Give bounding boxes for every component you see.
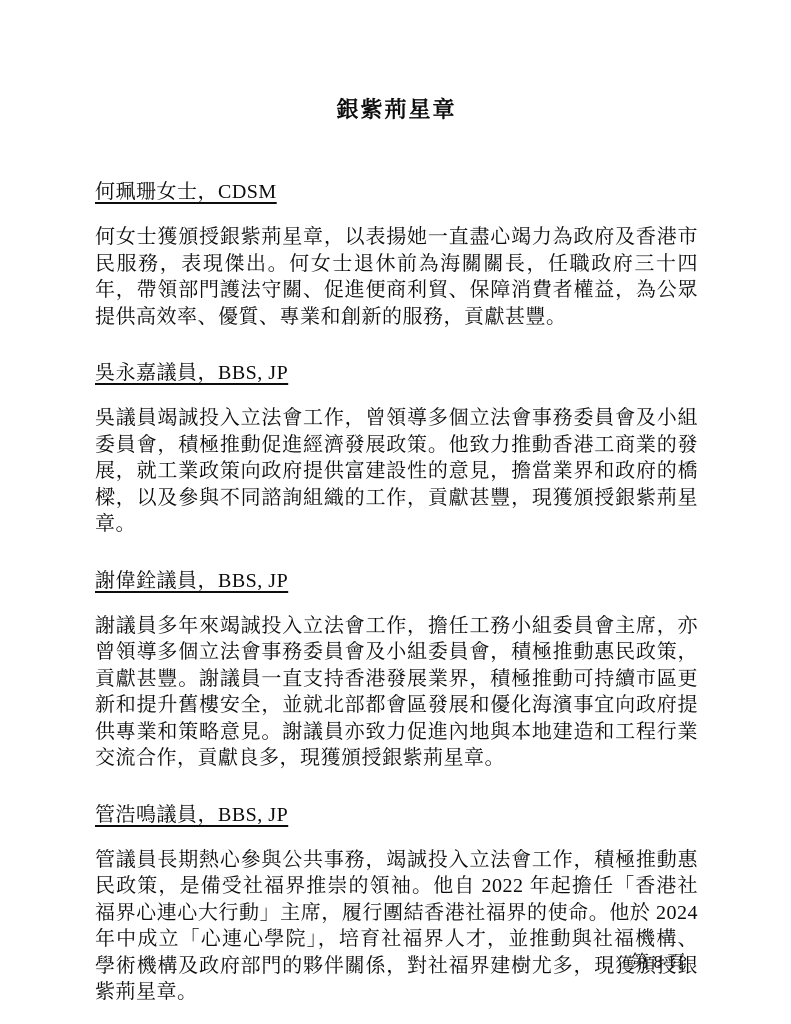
citation-paragraph: 吳議員竭誠投入立法會工作，曾領導多個立法會事務委員會及小組委員會，積極推動促進經… — [95, 405, 698, 538]
page-title: 銀紫荊星章 — [95, 93, 698, 124]
award-section: 何珮珊女士，CDSM 何女士獲頒授銀紫荊星章，以表揚她一直盡心竭力為政府及香港市… — [95, 175, 698, 330]
citation-paragraph: 管議員長期熱心參與公共事務，竭誠投入立法會工作，積極推動惠民政策，是備受社福界推… — [95, 847, 698, 1006]
recipient-name-heading: 何珮珊女士，CDSM — [95, 175, 698, 204]
award-section: 謝偉銓議員，BBS, JP 謝議員多年來竭誠投入立法會工作，擔任工務小組委員會主… — [95, 564, 698, 772]
award-section: 吳永嘉議員，BBS, JP 吳議員竭誠投入立法會工作，曾領導多個立法會事務委員會… — [95, 356, 698, 538]
award-section: 管浩鳴議員，BBS, JP 管議員長期熱心參與公共事務，竭誠投入立法會工作，積極… — [95, 798, 698, 1006]
citation-paragraph: 何女士獲頒授銀紫荊星章，以表揚她一直盡心竭力為政府及香港市民服務，表現傑出。何女… — [95, 224, 698, 330]
page-number: 第 8 頁 — [631, 948, 685, 974]
recipient-name-heading: 管浩鳴議員，BBS, JP — [95, 798, 698, 827]
document-page: 銀紫荊星章 何珮珊女士，CDSM 何女士獲頒授銀紫荊星章，以表揚她一直盡心竭力為… — [0, 0, 791, 1024]
recipient-name-heading: 吳永嘉議員，BBS, JP — [95, 356, 698, 385]
citation-paragraph: 謝議員多年來竭誠投入立法會工作，擔任工務小組委員會主席，亦曾領導多個立法會事務委… — [95, 613, 698, 772]
recipient-name-heading: 謝偉銓議員，BBS, JP — [95, 564, 698, 593]
